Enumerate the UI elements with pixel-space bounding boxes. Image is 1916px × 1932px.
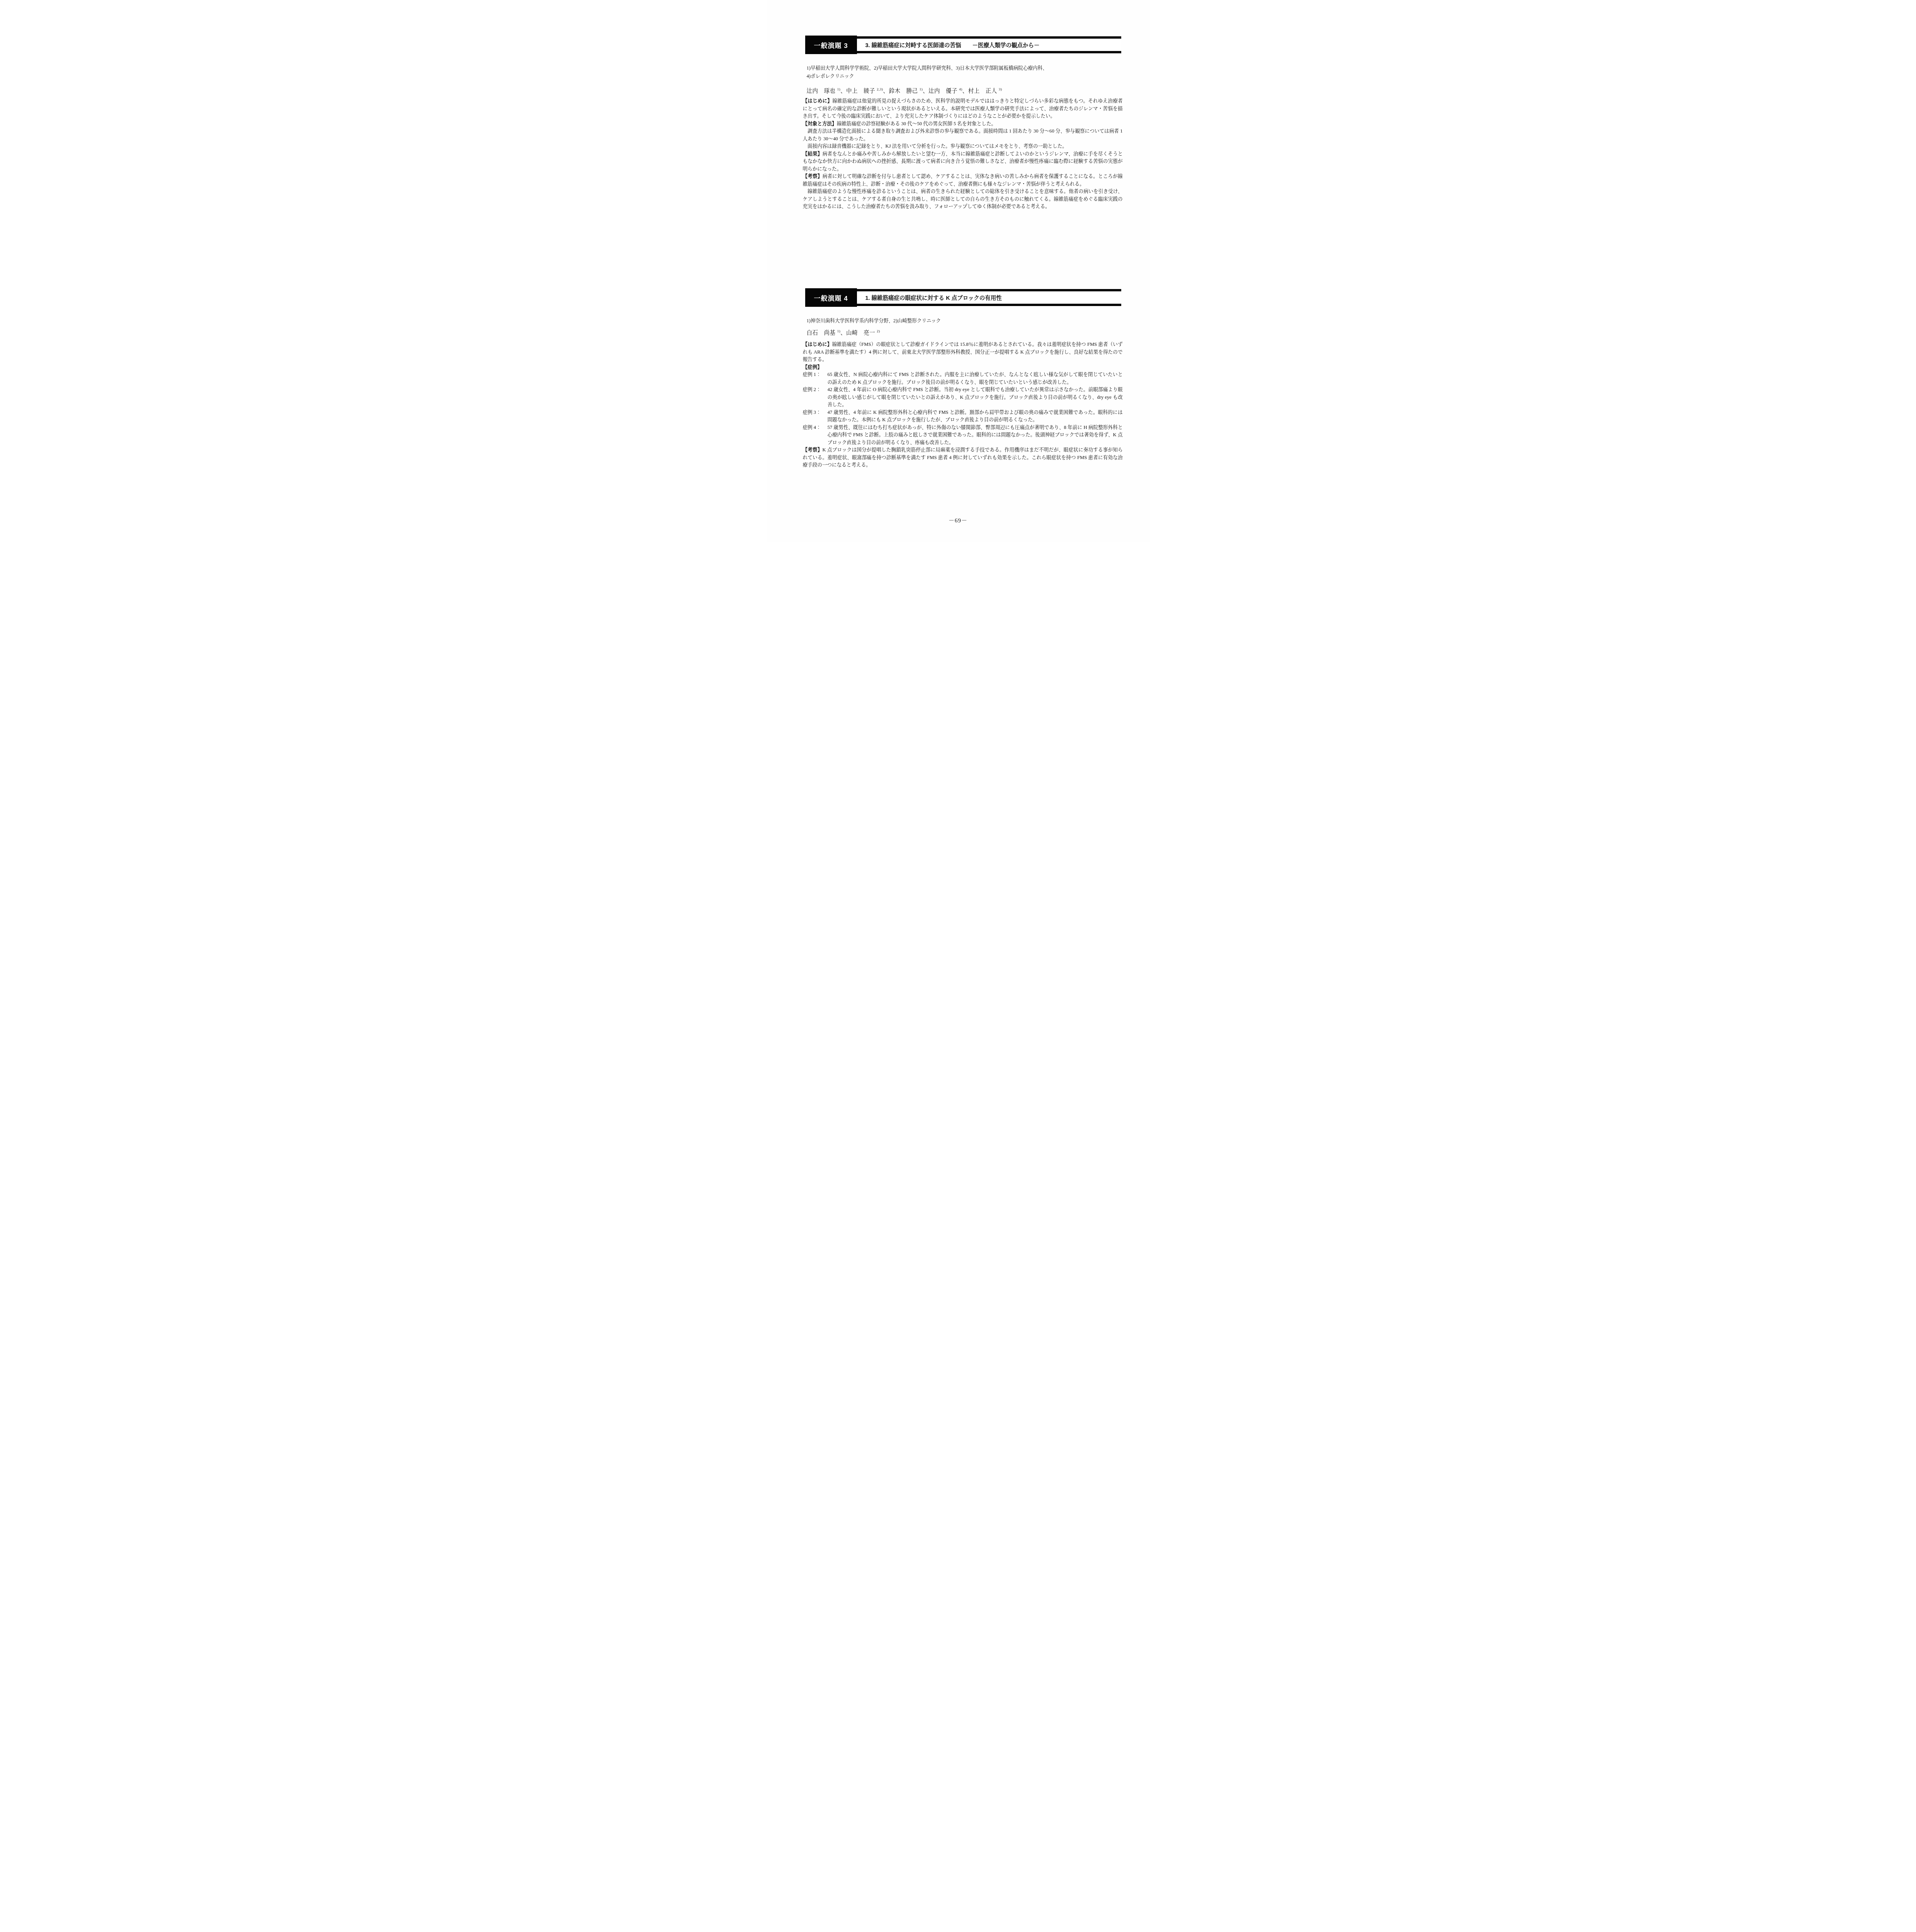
case-item: 症例 2： 42 歳女性、4 年前に O 病院心療内科で FMS と診断。当初 … [803, 386, 1123, 409]
case-item: 症例 4： 57 歳男性、既往にはむち打ち症状があっが、特に外傷のない膝関節部、… [803, 424, 1123, 447]
session-3-label: 一般演題 3 [805, 36, 857, 54]
abstract-paragraph: 線維筋痛症のような慢性疼痛を診るということは、病者の生きられた経験としての総体を… [803, 188, 1123, 211]
abstract-paragraph: 【はじめに】線維筋痛症（FMS）の眼症状として診療ガイドラインでは 15.8％に… [803, 341, 1123, 364]
session-4-authors: 白石 尚基 1)、山崎 亮一 2) [807, 327, 1124, 337]
session-4-abstract: 【はじめに】線維筋痛症（FMS）の眼症状として診療ガイドラインでは 15.8％に… [803, 341, 1123, 469]
abstract-paragraph: 【はじめに】線維筋痛症は他覚的所見の捉えづらさのため、医科学的説明モデルでははっ… [803, 97, 1123, 120]
session-4-affiliations: 1)神奈川歯科大学医科学系内科学分野、2)山崎整形クリニック [807, 317, 1124, 325]
session-3-title: 3. 線維筋痛症に対峙する医師達の苦悩 －医療人類学の観点から－ [865, 41, 1040, 49]
case-label: 症例 4： [803, 424, 821, 432]
case-label: 症例 3： [803, 409, 821, 417]
page-number: －69－ [767, 516, 1150, 524]
session-3-abstract: 【はじめに】線維筋痛症は他覚的所見の捉えづらさのため、医科学的説明モデルでははっ… [803, 97, 1123, 211]
abstract-paragraph: 【考察】病者に対して明確な診断を付与し患者として認め、ケアすることは、実体なき病… [803, 173, 1123, 188]
case-label: 症例 2： [803, 386, 821, 394]
affiliation-line: 1)早稲田大学人間科学学術院、2)早稲田大学大学院人間科学研究科、3)日本大学医… [807, 64, 1124, 72]
case-item: 症例 3： 47 歳男性、4 年前に K 病院整形外科と心療内科で FMS と診… [803, 409, 1123, 424]
session-4-header: 一般演題 4 1. 線維筋痛症の眼症状に対する K 点ブロックの有用性 [805, 289, 1121, 306]
session-3-affiliations: 1)早稲田大学人間科学学術院、2)早稲田大学大学院人間科学研究科、3)日本大学医… [807, 64, 1124, 80]
abstract-page: 一般演題 3 3. 線維筋痛症に対峙する医師達の苦悩 －医療人類学の観点から－ … [767, 0, 1150, 542]
abstract-paragraph: 【対象と方法】線維筋痛症の診察経験がある 30 代～50 代の男女医師 5 名を… [803, 120, 1123, 128]
case-text: 42 歳女性、4 年前に O 病院心療内科で FMS と診断。当初 dry ey… [828, 387, 1123, 407]
affiliation-line: 1)神奈川歯科大学医科学系内科学分野、2)山崎整形クリニック [807, 317, 1124, 325]
case-text: 47 歳男性、4 年前に K 病院整形外科と心療内科で FMS と診断。頚部から… [828, 410, 1123, 423]
affiliation-line: 4)ポレポレクリニック [807, 72, 1124, 80]
session-4-title: 1. 線維筋痛症の眼症状に対する K 点ブロックの有用性 [865, 294, 1002, 302]
case-text: 57 歳男性、既往にはむち打ち症状があっが、特に外傷のない膝関節部、臀部周辺にも… [828, 425, 1123, 445]
session-4-label: 一般演題 4 [805, 288, 857, 307]
session-4-titlebox: 1. 線維筋痛症の眼症状に対する K 点ブロックの有用性 [857, 289, 1121, 306]
session-3-header: 一般演題 3 3. 線維筋痛症に対峙する医師達の苦悩 －医療人類学の観点から－ [805, 36, 1121, 53]
case-item: 症例 1： 65 歳女性、N 病院心療内科にて FMS と診断された。内服を主に… [803, 371, 1123, 386]
case-label: 症例 1： [803, 371, 821, 379]
abstract-paragraph: 面接内容は録音機器に記録をとり、KJ 法を用いて分析を行った。参与観察については… [803, 143, 1123, 150]
abstract-paragraph: 【考察】K 点ブロックは国分が提唱した胸鎖乳突筋停止部に局麻薬を浸潤する手技であ… [803, 446, 1123, 469]
abstract-paragraph: 【症例】 [803, 364, 1123, 371]
abstract-paragraph: 調査方法は半構造化面接による聞き取り調査および外来診察の参与観察である。面接時間… [803, 128, 1123, 143]
session-3-titlebox: 3. 線維筋痛症に対峙する医師達の苦悩 －医療人類学の観点から－ [857, 36, 1121, 53]
case-text: 65 歳女性、N 病院心療内科にて FMS と診断された。内服を主に治療していた… [828, 372, 1123, 385]
abstract-paragraph: 【結果】病者をなんとか痛みや苦しみから解放したいと望む一方、本当に線維筋痛症と診… [803, 150, 1123, 173]
session-3-authors: 辻内 琢也 1)、中上 綾子 2,3)、鈴木 勝己 1)、辻内 優子 4)、村上… [807, 85, 1124, 95]
